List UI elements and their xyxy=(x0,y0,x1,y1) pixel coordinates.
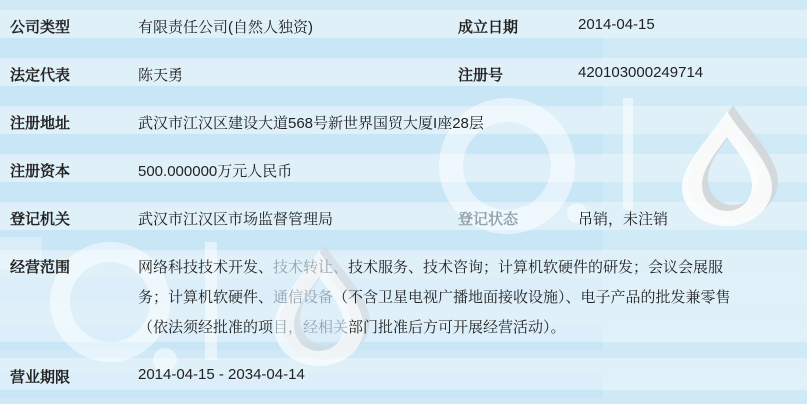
value-company-type: 有限责任公司(自然人独资) xyxy=(138,16,313,37)
scope-text: 技术服务、技术咨询；计算机软硬件的研发；会议会展服 xyxy=(348,259,723,276)
scope-text: 务；计算机软硬件、 xyxy=(138,289,273,306)
value-registration-authority: 武汉市江汉区市场监督管理局 xyxy=(138,208,333,229)
label-company-type: 公司类型 xyxy=(10,16,70,37)
label-registered-address: 注册地址 xyxy=(10,112,70,133)
scope-text: 部门批准后方可开展经营活动）。 xyxy=(348,319,566,336)
label-registered-capital: 注册资本 xyxy=(10,160,70,181)
label-business-term: 营业期限 xyxy=(10,366,70,387)
label-registration-status: 登记状态 xyxy=(458,208,518,229)
label-legal-representative: 法定代表 xyxy=(10,64,70,85)
value-legal-representative: 陈天勇 xyxy=(138,64,183,85)
background-watermark xyxy=(0,0,807,404)
label-registration-authority: 登记机关 xyxy=(10,208,70,229)
value-registration-status: 吊销，未注销 xyxy=(578,208,668,229)
label-registration-number: 注册号 xyxy=(458,64,503,85)
business-scope-line-1: 网络科技技术开发、技术转让、技术服务、技术咨询；计算机软硬件的研发；会议会展服 xyxy=(138,256,723,277)
label-business-scope: 经营范围 xyxy=(10,256,70,277)
label-establish-date: 成立日期 xyxy=(458,16,518,37)
value-business-term: 2014-04-15 - 2034-04-14 xyxy=(138,366,305,383)
watermark-instance-top xyxy=(451,98,778,226)
vertical-bar-icon xyxy=(623,98,633,210)
value-establish-date: 2014-04-15 xyxy=(578,16,655,33)
value-registration-number: 420103000249714 xyxy=(578,64,703,81)
water-drop-icon xyxy=(682,105,778,226)
scope-text-faded: 技术转让、 xyxy=(273,259,348,276)
scope-text: （依法须经批准的项 xyxy=(138,319,273,336)
scope-text: （不含卫星电视广播地面接收设施）、电子产品的批发兼零售 xyxy=(333,289,731,306)
company-info-panel: 公司类型 有限责任公司(自然人独资) 成立日期 2014-04-15 法定代表 … xyxy=(0,0,807,404)
scope-text: 网络科技技术开发、 xyxy=(138,259,273,276)
scope-text-faded: 目，经相关 xyxy=(273,319,348,336)
business-scope-line-2: 务；计算机软硬件、通信设备（不含卫星电视广播地面接收设施）、电子产品的批发兼零售 xyxy=(138,286,731,307)
value-registered-capital: 500.000000万元人民币 xyxy=(138,160,292,181)
scope-text-faded: 通信设备 xyxy=(273,289,333,306)
value-registered-address: 武汉市江汉区建设大道568号新世界国贸大厦I座28层 xyxy=(138,112,484,133)
business-scope-line-3: （依法须经批准的项目，经相关部门批准后方可开展经营活动）。 xyxy=(138,316,566,337)
